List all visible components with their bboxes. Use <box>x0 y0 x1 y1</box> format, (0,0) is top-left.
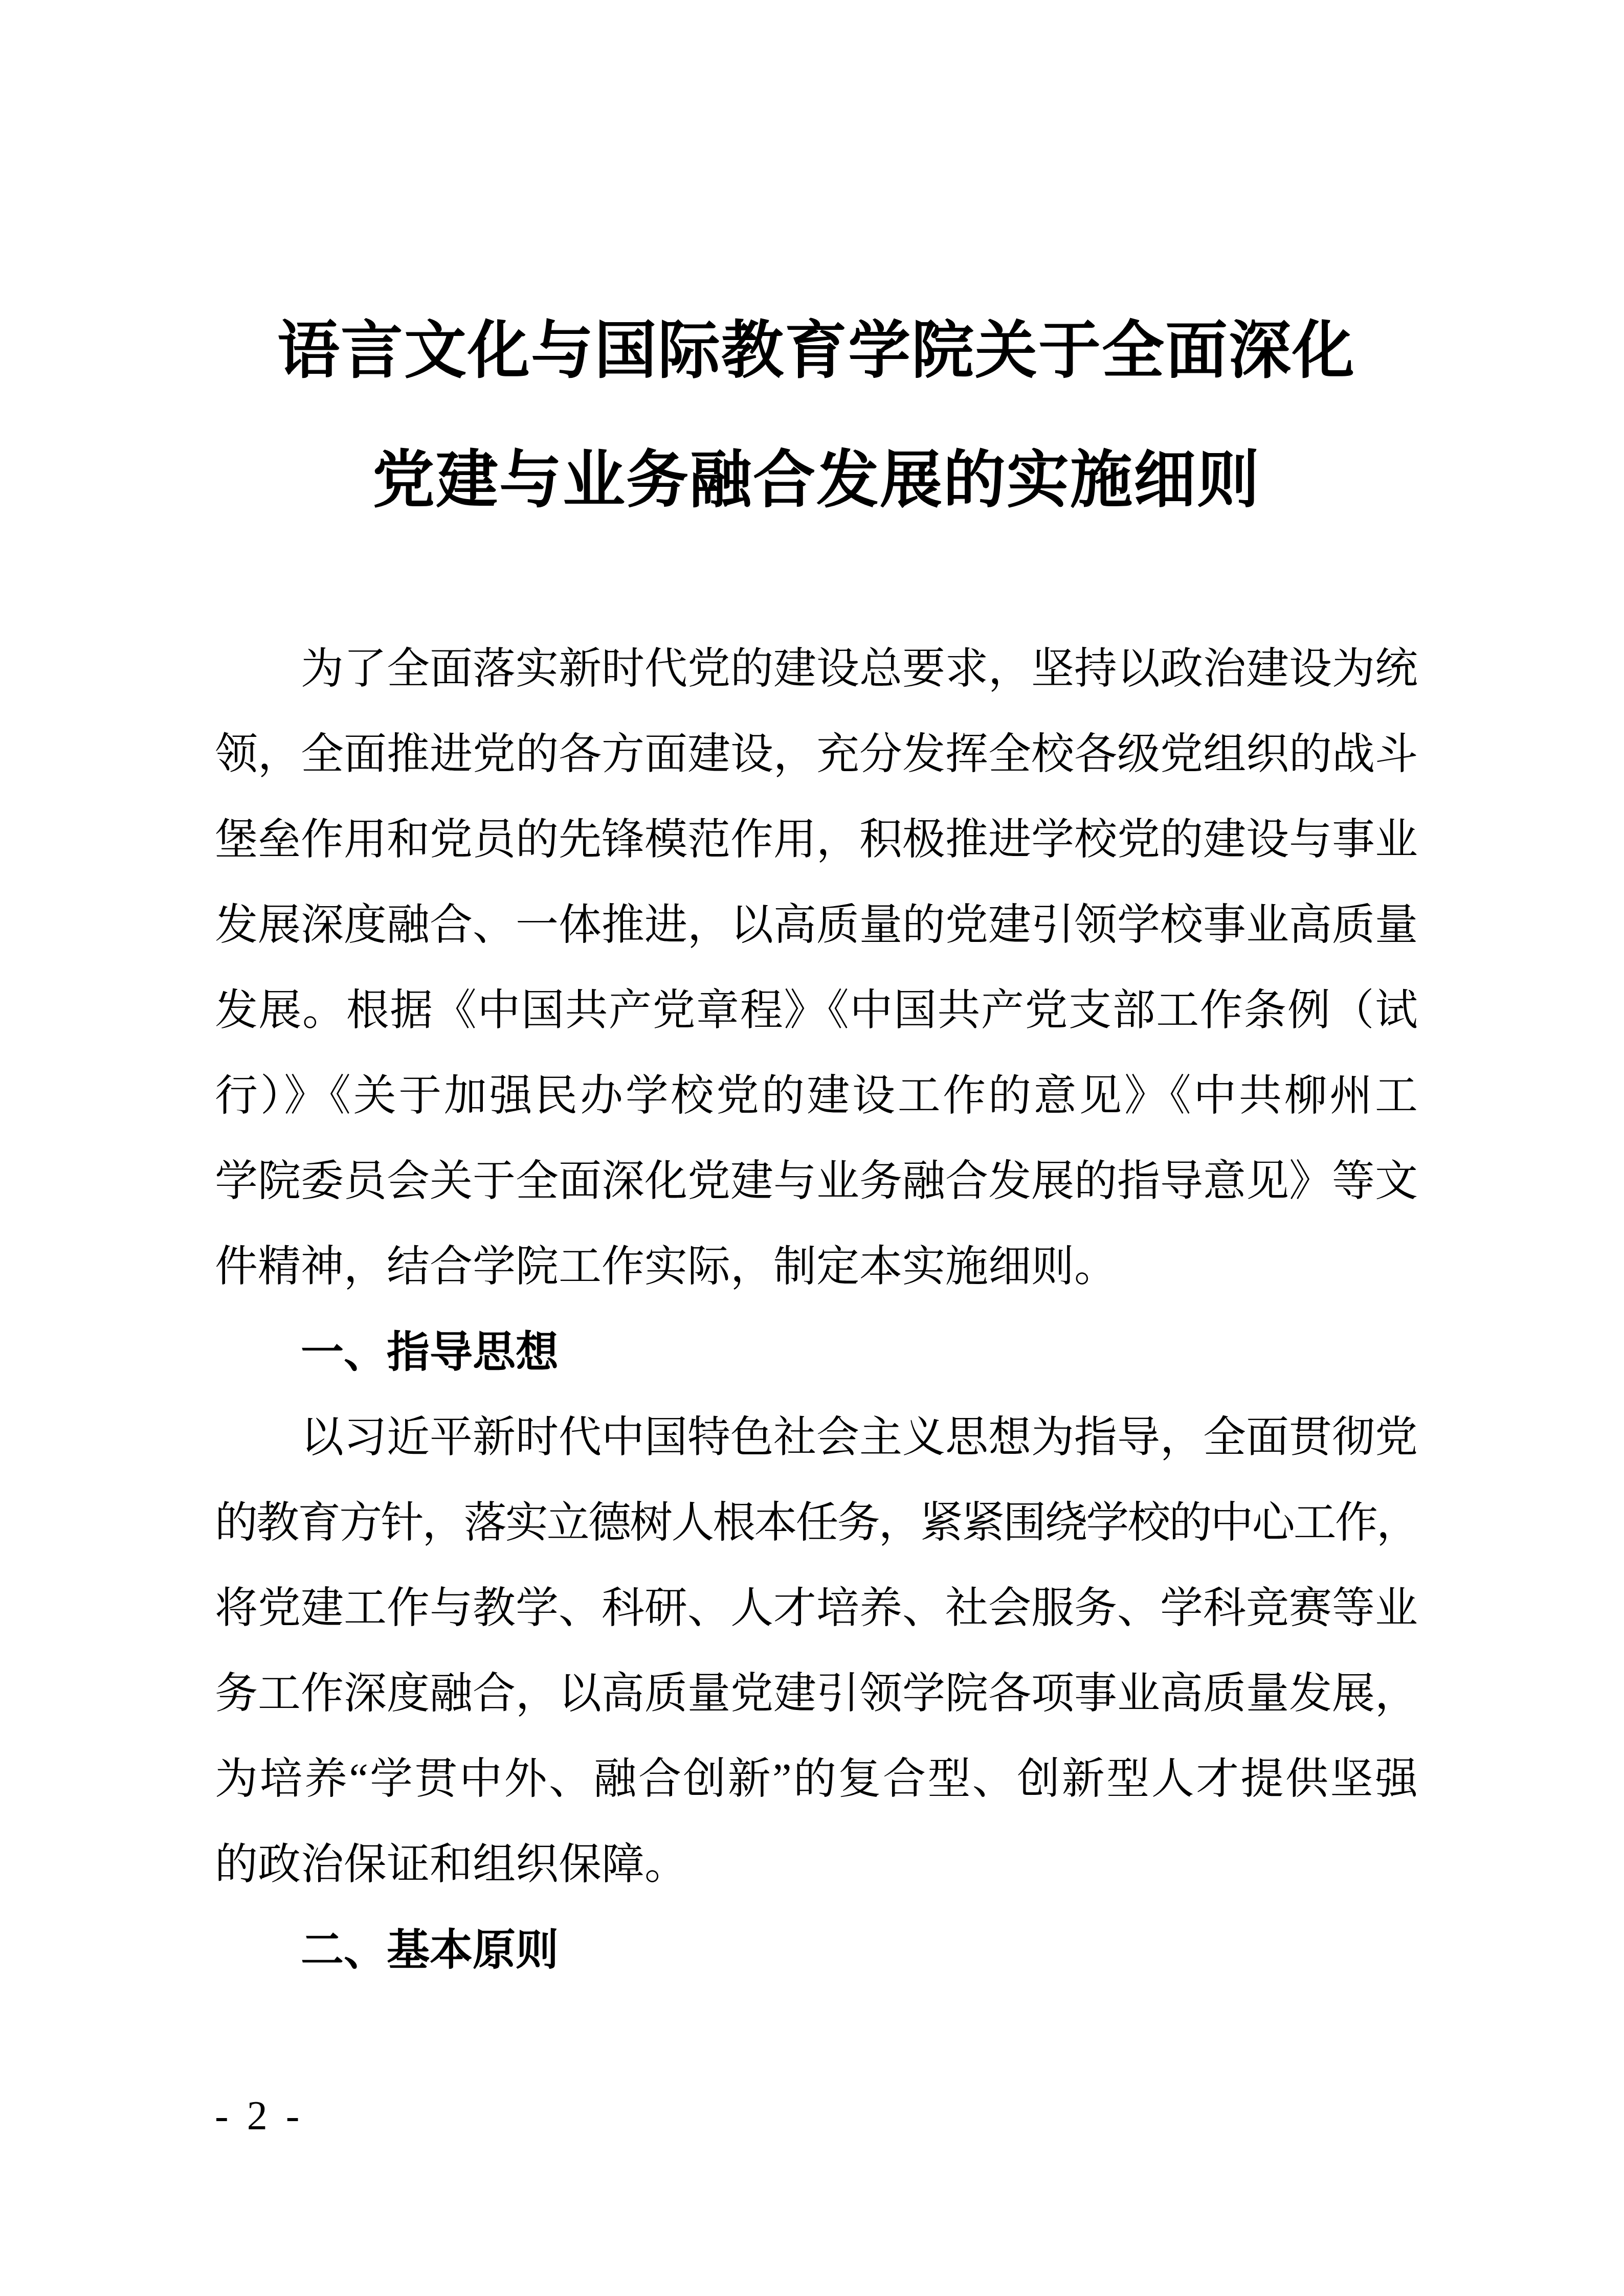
paragraph2-line1: 以习近平新时代中国特色社会主义思想为指导，全面贯彻党 <box>215 1395 1418 1480</box>
paragraph-1: 为了全面落实新时代党的建设总要求，坚持以政治建设为统 领，全面推进党的各方面建设… <box>215 626 1418 1310</box>
heading-guiding-ideology: 一、指导思想 <box>215 1310 1418 1395</box>
paragraph-2: 以习近平新时代中国特色社会主义思想为指导，全面贯彻党 的教育方针，落实立德树人根… <box>215 1395 1418 1907</box>
paragraph1-line6: 行）》《关于加强民办学校党的建设工作的意见》《中共柳州工 <box>215 1053 1418 1139</box>
text-column: 语言文化与国际教育学院关于全面深化 党建与业务融合发展的实施细则 为了全面落实新… <box>215 286 1418 1993</box>
paragraph2-line5: 为培养“学贯中外、融合创新”的复合型、创新型人才提供坚强 <box>215 1737 1418 1822</box>
document-title: 语言文化与国际教育学院关于全面深化 党建与业务融合发展的实施细则 <box>215 286 1418 545</box>
paragraph1-line5: 发展。根据《中国共产党章程》《中国共产党支部工作条例（试 <box>215 968 1418 1053</box>
paragraph1-line2: 领，全面推进党的各方面建设，充分发挥全校各级党组织的战斗 <box>215 712 1418 797</box>
page-number: - 2 - <box>215 2096 303 2136</box>
heading-basic-principles: 二、基本原则 <box>215 1907 1418 1993</box>
paragraph1-line3: 堡垒作用和党员的先锋模范作用，积极推进学校党的建设与事业 <box>215 797 1418 883</box>
paragraph2-line6: 的政治保证和组织保障。 <box>215 1822 1418 1907</box>
paragraph2-line2: 的教育方针，落实立德树人根本任务，紧紧围绕学校的中心工作， <box>215 1480 1418 1566</box>
paragraph2-line3: 将党建工作与教学、科研、人才培养、社会服务、学科竞赛等业 <box>215 1566 1418 1651</box>
paragraph2-line4: 务工作深度融合，以高质量党建引领学院各项事业高质量发展， <box>215 1651 1418 1737</box>
document-page: 语言文化与国际教育学院关于全面深化 党建与业务融合发展的实施细则 为了全面落实新… <box>0 0 1624 2296</box>
document-title-line2: 党建与业务融合发展的实施细则 <box>215 416 1418 545</box>
paragraph1-line1: 为了全面落实新时代党的建设总要求，坚持以政治建设为统 <box>215 626 1418 712</box>
document-body: 为了全面落实新时代党的建设总要求，坚持以政治建设为统 领，全面推进党的各方面建设… <box>215 626 1418 1993</box>
paragraph1-line7: 学院委员会关于全面深化党建与业务融合发展的指导意见》等文 <box>215 1139 1418 1224</box>
paragraph1-line8: 件精神，结合学院工作实际，制定本实施细则。 <box>215 1224 1418 1310</box>
paragraph1-line4: 发展深度融合、一体推进，以高质量的党建引领学校事业高质量 <box>215 883 1418 968</box>
document-title-line1: 语言文化与国际教育学院关于全面深化 <box>215 286 1418 416</box>
